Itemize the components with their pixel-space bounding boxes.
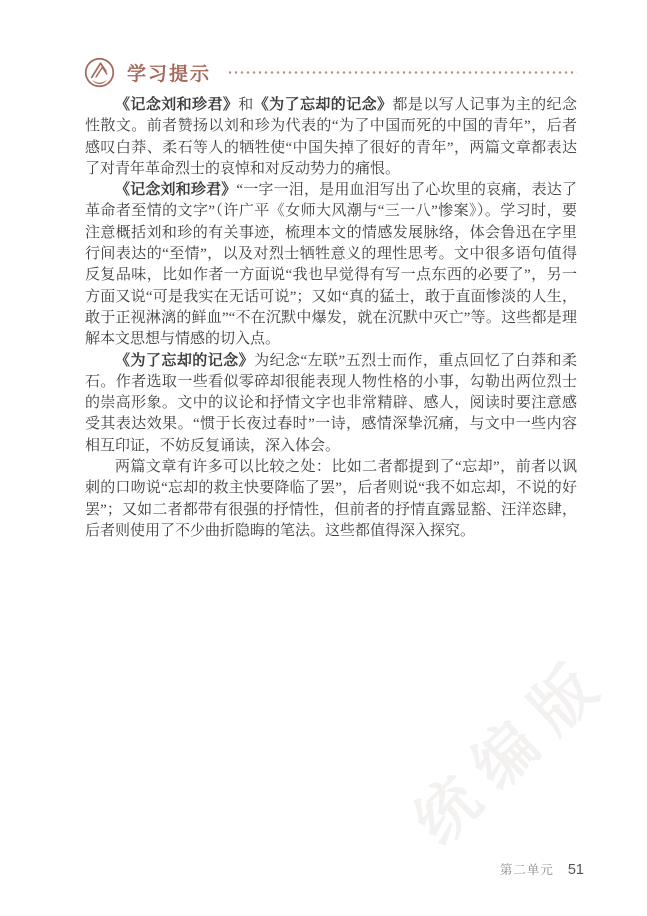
section-header: 学习提示 [84,55,577,89]
paragraph: 两篇文章有许多可以比较之处：比如二者都提到了“忘却”，前者以讽刺的口吻说“忘却的… [85,457,577,542]
paragraph: 《记念刘和珍君》和《为了忘却的记念》都是以写人记事为主的纪念性散文。前者赞扬以刘… [85,95,577,180]
paragraph: 《记念刘和珍君》“一字一泪，是用血泪写出了心坎里的哀痛，表达了革命者至情的文字”… [85,180,577,350]
section-title: 学习提示 [127,59,211,86]
unit-label: 第二单元 [500,860,554,878]
book-title-text: 《记念刘和珍君》 [115,97,238,113]
textbook-page: 学习提示 《记念刘和珍君》和《为了忘却的记念》都是以写人记事为主的纪念性散文。前… [0,0,647,916]
body-text-segment: 两篇文章有许多可以比较之处：比如二者都提到了“忘却”，前者以讽刺的口吻说“忘却的… [85,459,577,539]
press-logo-icon [84,57,115,88]
body-text-segment: “一字一泪，是用血泪写出了心坎里的哀痛，表达了革命者至情的文字”（许广平《女师大… [85,182,577,347]
book-title-text: 《为了忘却的记念》 [115,353,254,369]
book-title-text: 《记念刘和珍君》 [115,182,236,198]
body-text: 《记念刘和珍君》和《为了忘却的记念》都是以写人记事为主的纪念性散文。前者赞扬以刘… [85,95,577,542]
page-number: 51 [568,862,584,878]
edition-watermark: 统编版 [341,579,647,910]
book-title-text: 《为了忘却的记念》 [254,97,393,113]
body-text-segment: 和 [238,97,253,113]
page-footer: 第二单元 51 [500,860,584,878]
dotted-rule [227,71,577,74]
paragraph: 《为了忘却的记念》为纪念“左联”五烈士而作，重点回忆了白莽和柔石。作者选取一些看… [85,351,577,457]
